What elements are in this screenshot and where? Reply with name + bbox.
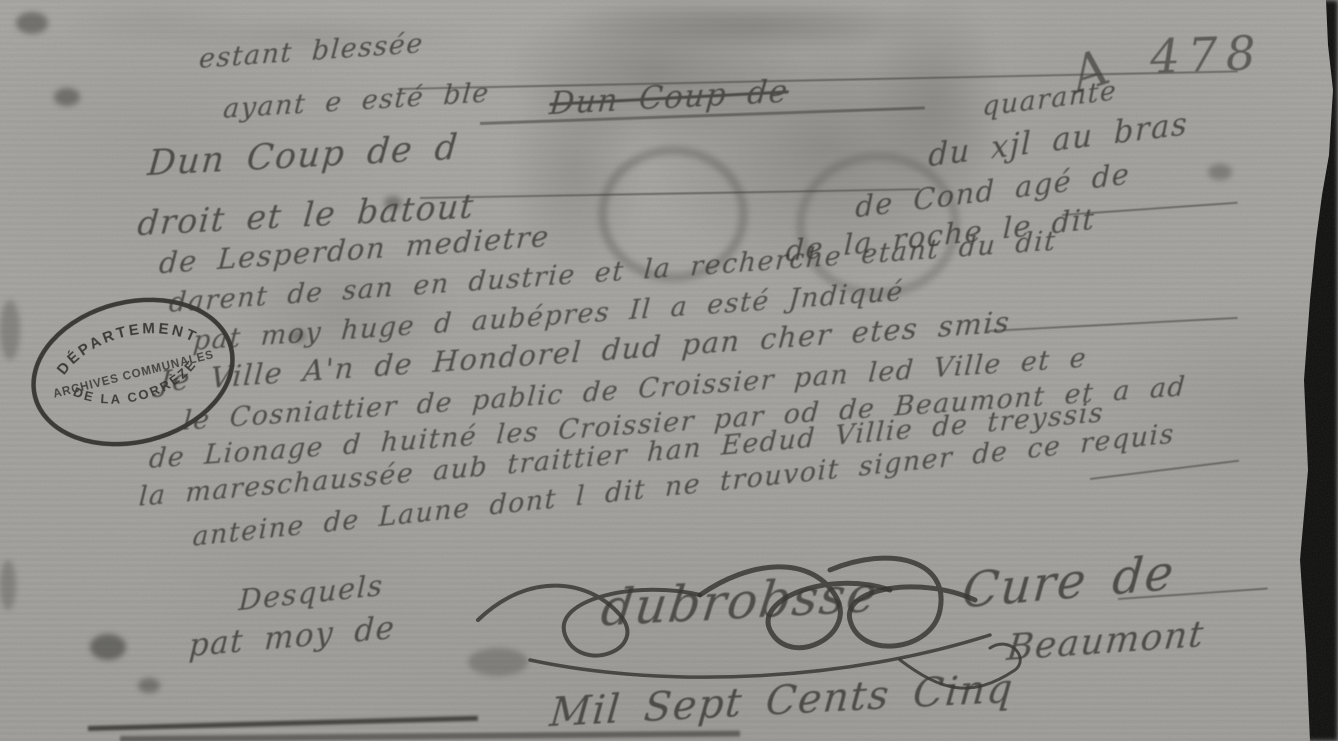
manuscript-scan-page: DÉPARTEMENT ARCHIVES COMMUNALES DE LA CO… [0, 0, 1338, 741]
bottom-partial-line: Mil Sept Cents Cinq [548, 665, 1016, 736]
manuscript-line: quarante [982, 75, 1118, 123]
ink-blot [54, 88, 80, 106]
ink-blot [468, 648, 528, 676]
manuscript-line: Desquels [238, 567, 384, 617]
manuscript-line: estant blessée [198, 28, 425, 75]
filler-rule [988, 317, 1238, 332]
ink-blot [0, 300, 20, 360]
filler-rule [1090, 460, 1239, 480]
manuscript-line: Dun Coup de d [146, 127, 460, 184]
ink-blot [90, 634, 126, 660]
ink-blot [0, 560, 16, 610]
ink-blot [138, 678, 160, 693]
folio-number: 478 [1149, 26, 1265, 85]
bottom-edge-stroke [120, 731, 740, 741]
signature-center: dubrobsse [598, 565, 881, 638]
manuscript-line: ayant e esté ble [222, 77, 491, 125]
ink-blot [290, 330, 306, 342]
scan-gutter-shadow [1296, 0, 1338, 741]
signature-beaumont: Beaumont [1005, 614, 1207, 669]
ink-blot [16, 12, 48, 34]
ink-blot [384, 196, 402, 210]
bottom-edge-stroke [88, 716, 478, 731]
manuscript-line: pat moy de [188, 610, 396, 664]
signature-cure-de: Cure de [960, 545, 1177, 620]
ink-blot [1208, 164, 1232, 180]
